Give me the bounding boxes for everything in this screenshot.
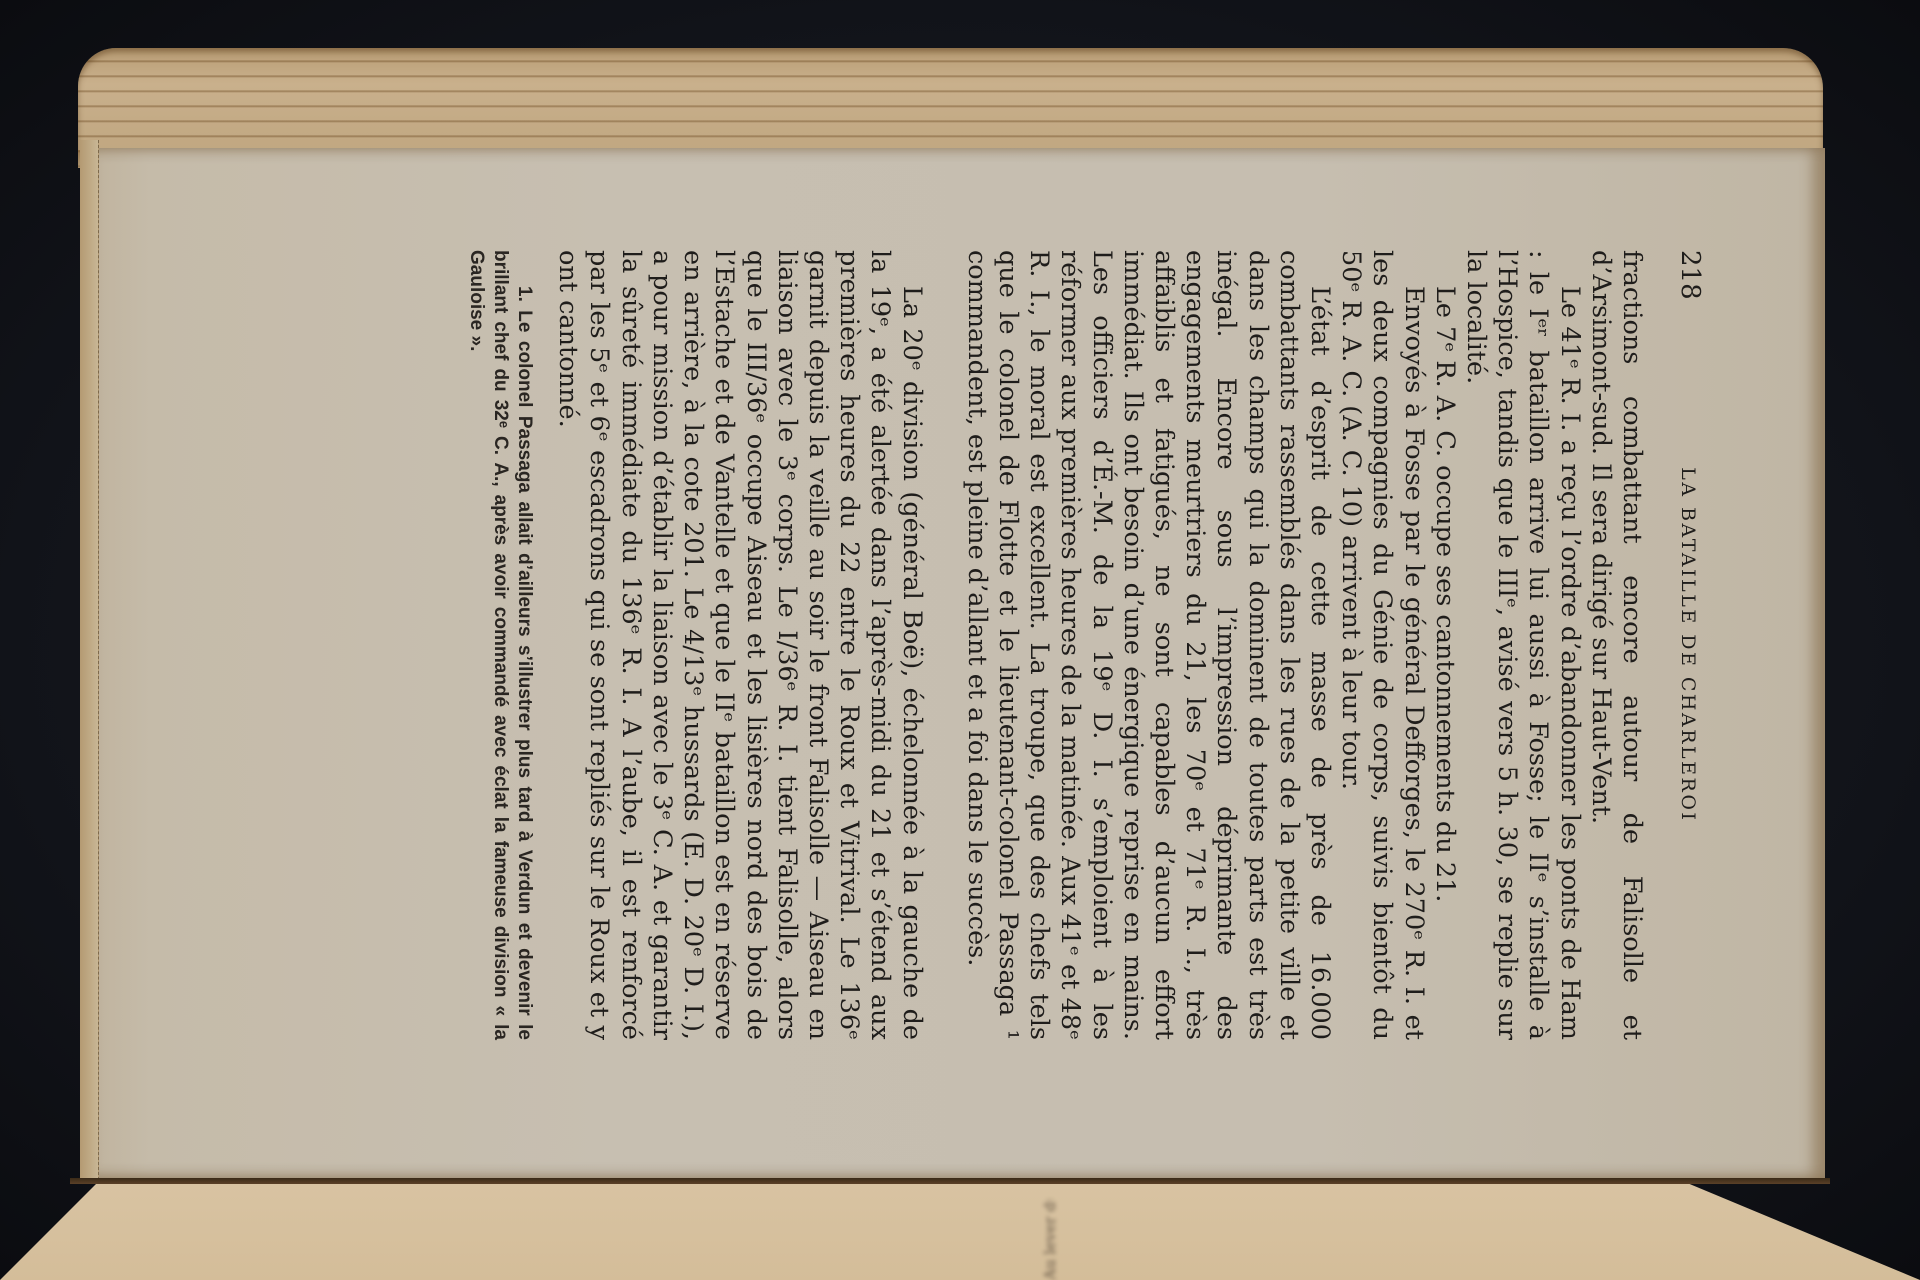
- paragraph: fractions combattant encore autour de Fa…: [1585, 250, 1647, 1040]
- page-text-block: 218 LA BATAILLE DE CHARLEROI fractions c…: [375, 250, 1705, 1040]
- facing-page-text: Au lever du jour la division ... de la d…: [1040, 1200, 1860, 1280]
- paragraph: La 20ᵉ division (général Boë), échelonné…: [552, 250, 926, 1040]
- paragraph: Envoyés à Fosse par le général Defforges…: [1335, 250, 1429, 1040]
- running-title: LA BATAILLE DE CHARLEROI: [1672, 467, 1703, 872]
- paragraph: Le 7ᵉ R. A. C. occupe ses cantonnements …: [1429, 250, 1460, 1040]
- page-fold-edge: [80, 140, 99, 1180]
- footnote-text: 1. Le colonel Passaga allait d’ailleurs …: [464, 250, 536, 1040]
- footnote: 1. Le colonel Passaga allait d’ailleurs …: [464, 250, 536, 1040]
- paragraph: L’état d’esprit de cette masse de près d…: [961, 250, 1335, 1040]
- running-head: 218 LA BATAILLE DE CHARLEROI: [1671, 250, 1705, 1040]
- page-number: 218: [1674, 250, 1705, 300]
- section-gap: [927, 250, 961, 1040]
- book-gutter: [70, 1178, 1830, 1184]
- paragraph: Le 41ᵉ R. I. a reçu l’ordre d’abandonner…: [1460, 250, 1585, 1040]
